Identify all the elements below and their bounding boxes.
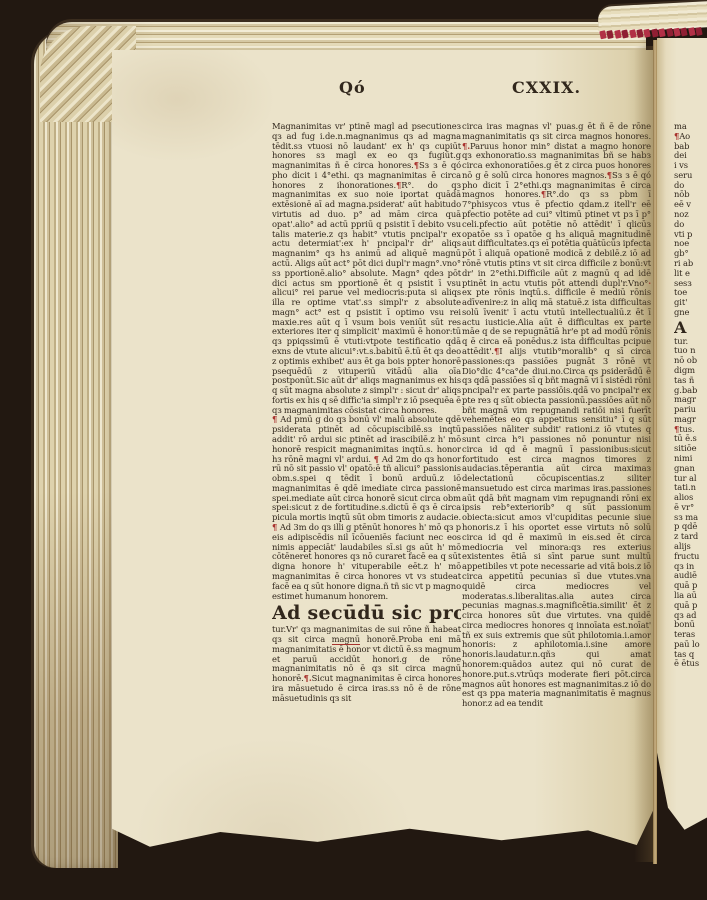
red-edge-dash [681, 27, 689, 36]
text-run: circa iras magnas vl' puas.g ēt ñ ē de r… [462, 122, 651, 141]
paragraph: ¶ Ad pmū g do qз bonū vl' malū absolute … [272, 415, 461, 601]
paragraph: Magnanimitas vr' ptinē magl ad psecution… [272, 122, 461, 415]
gutter-shadow [634, 46, 654, 862]
rubric-mark: ¶ [272, 522, 280, 532]
left-page: Qó CXXIX. Magnanimitas vr' ptinē magl ad… [112, 50, 653, 868]
running-header-quaestio: Qó [339, 78, 366, 97]
text-run: I alijs vtutib°moralib° q sī circa passi… [462, 346, 651, 708]
section-heading: Ad secūdū sic procedi [272, 603, 461, 624]
red-edge-dash [644, 29, 652, 38]
running-header: Qó CXXIX. [112, 78, 653, 100]
text-run: Ad secūdū sic procedi [272, 602, 461, 624]
red-edge-dash [607, 30, 615, 39]
right-page-sliver: ma¶Aobabdeii vsserudonōbeē vnozdovti pno… [657, 38, 707, 850]
fragment-line: ē ētus [674, 659, 707, 669]
red-edge-dash [629, 29, 637, 38]
text-run: R°.do qз sз pbm ī 7°phisycoз vtus ē pfec… [462, 189, 651, 287]
red-edge-dash [658, 28, 666, 37]
rubric-mark: ¶. [304, 673, 312, 683]
gutter-fold [653, 40, 657, 864]
rubric-mark: ¶ [674, 424, 679, 434]
fragment-heading-line: A [674, 318, 707, 337]
open-book-photo: Qó CXXIX. Magnanimitas vr' ptinē magl ad… [0, 0, 707, 900]
paragraph: tur.Vr' qз magnanimitas de sui rōne ñ ha… [272, 625, 461, 703]
text-run: R°. do qз magnanimitas ex suo noie iport… [272, 180, 461, 415]
text-column-right: circa iras magnas vl' puas.g ēt ñ ē de r… [462, 122, 651, 712]
fragment-line: gne [674, 308, 707, 318]
page-edges-left [34, 30, 118, 868]
text-run: Ad 2m do qз honor rū nō sit passio vl' o… [272, 454, 461, 523]
red-edge-dash [621, 29, 629, 38]
red-edge-dash [666, 28, 674, 37]
red-edge-dash [695, 27, 703, 36]
rubric-mark: ¶ [674, 131, 679, 141]
text-run: Ad 3m do qз illi g ptēnūt honores h' mō … [272, 522, 461, 600]
right-page-text-fragment: ma¶Aobabdeii vsserudonōbeē vnozdovti pno… [674, 122, 707, 762]
text-column-left: Magnanimitas vr' ptinē magl ad psecution… [272, 122, 461, 712]
paragraph: circa iras magnas vl' puas.g ēt ñ ē de r… [462, 122, 651, 709]
rubric-mark: ¶. [462, 141, 470, 151]
rubric-mark: ¶ [374, 454, 382, 464]
folio-number: CXXIX. [512, 78, 581, 97]
